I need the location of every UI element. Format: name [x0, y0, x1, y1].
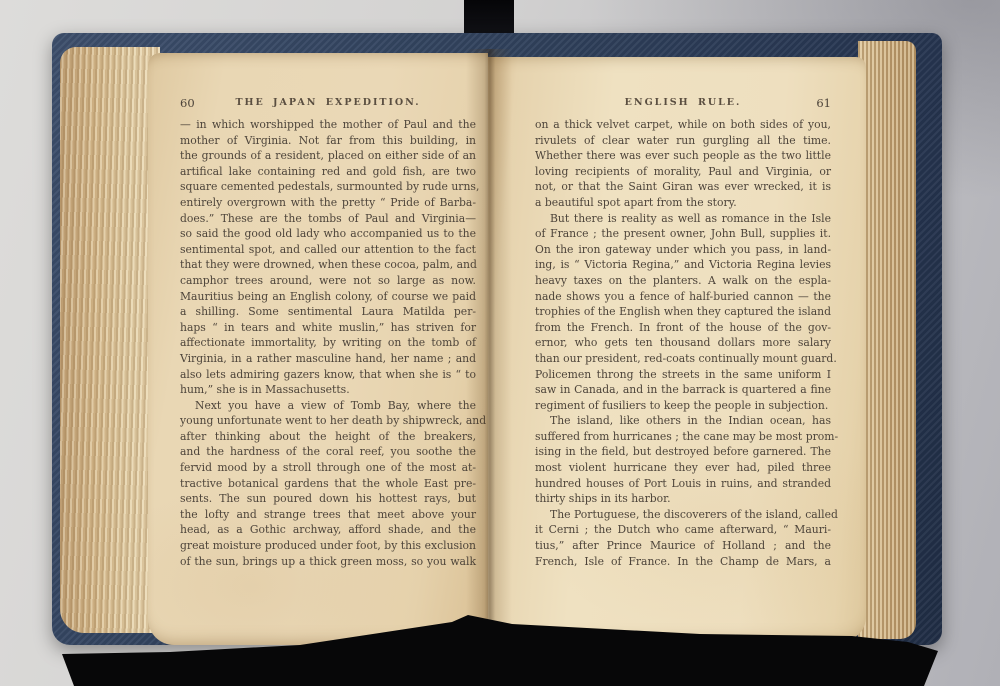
- text-line: saw in Canada, and in the barrack is qua…: [535, 382, 831, 398]
- text-line: on a thick velvet carpet, while on both …: [535, 117, 831, 133]
- text-line: nade shows you a fence of half-buried ca…: [535, 289, 831, 305]
- text-line: thirty ships in its harbor.: [535, 491, 831, 507]
- text-line: most violent hurricane they ever had, pi…: [535, 460, 831, 476]
- text-line: hum,” she is in Massachusetts.: [180, 382, 476, 398]
- text-line: a shilling. Some sentimental Laura Matil…: [180, 304, 476, 320]
- text-line: French, Isle of France. In the Champ de …: [535, 554, 831, 570]
- photo-background: 60 THE JAPAN EXPEDITION. — in which wors…: [0, 0, 1000, 686]
- left-page-text: — in which worshipped the mother of Paul…: [180, 117, 476, 569]
- left-page-header-row: 60 THE JAPAN EXPEDITION.: [180, 97, 476, 113]
- text-line: Whether there was ever such people as th…: [535, 148, 831, 164]
- book: 60 THE JAPAN EXPEDITION. — in which wors…: [52, 33, 942, 645]
- right-page: ENGLISH RULE. 61 on a thick velvet carpe…: [488, 57, 866, 641]
- text-line: But there is reality as well as romance …: [535, 211, 831, 227]
- right-page-header-row: ENGLISH RULE. 61: [535, 97, 831, 113]
- right-page-number: 61: [816, 96, 831, 110]
- text-line: Mauritius being an English colony, of co…: [180, 289, 476, 305]
- right-page-text: on a thick velvet carpet, while on both …: [535, 117, 831, 569]
- text-line: square cemented pedestals, surmounted by…: [180, 179, 476, 195]
- text-line: tius,” after Prince Maurice of Holland ;…: [535, 538, 831, 554]
- text-line: so said the good old lady who accompanie…: [180, 226, 476, 242]
- text-line: mother of Virginia. Not far from this bu…: [180, 133, 476, 149]
- text-line: hundred houses of Port Louis in ruins, a…: [535, 476, 831, 492]
- text-line: great moisture produced under foot, by t…: [180, 538, 476, 554]
- text-line: Next you have a view of Tomb Bay, where …: [180, 398, 476, 414]
- text-line: ernor, who gets ten thousand dollars mor…: [535, 335, 831, 351]
- text-line: On the iron gateway under which you pass…: [535, 242, 831, 258]
- text-line: young unfortunate went to her death by s…: [180, 413, 476, 429]
- text-line: entirely overgrown with the pretty “ Pri…: [180, 195, 476, 211]
- text-line: Policemen throng the streets in the same…: [535, 367, 831, 383]
- text-line: also lets admiring gazers know, that whe…: [180, 367, 476, 383]
- text-line: trophies of the English when they captur…: [535, 304, 831, 320]
- text-line: not, or that the Saint Giran was ever wr…: [535, 179, 831, 195]
- text-line: camphor trees around, were not so large …: [180, 273, 476, 289]
- text-line: ising in the field, but destroyed before…: [535, 444, 831, 460]
- text-line: of France ; the present owner, John Bull…: [535, 226, 831, 242]
- text-line: haps “ in tears and white muslin,” has s…: [180, 320, 476, 336]
- text-line: the grounds of a resident, placed on eit…: [180, 148, 476, 164]
- left-running-header: THE JAPAN EXPEDITION.: [180, 97, 476, 108]
- left-page: 60 THE JAPAN EXPEDITION. — in which wors…: [148, 53, 488, 645]
- text-line: than our president, red-coats continuall…: [535, 351, 831, 367]
- text-line: sentimental spot, and called our attenti…: [180, 242, 476, 258]
- text-line: rivulets of clear water run gurgling all…: [535, 133, 831, 149]
- right-running-header: ENGLISH RULE.: [535, 97, 831, 108]
- text-line: head, as a Gothic archway, afford shade,…: [180, 522, 476, 538]
- text-line: The Portuguese, the discoverers of the i…: [535, 507, 831, 523]
- text-line: — in which worshipped the mother of Paul…: [180, 117, 476, 133]
- text-line: fervid mood by a stroll through one of t…: [180, 460, 476, 476]
- text-line: loving recipients of morality, Paul and …: [535, 164, 831, 180]
- text-line: affectionate immortality, by writing on …: [180, 335, 476, 351]
- text-line: sents. The sun poured down his hottest r…: [180, 491, 476, 507]
- text-line: the lofty and strange trees that meet ab…: [180, 507, 476, 523]
- text-line: suffered from hurricanes ; the cane may …: [535, 429, 831, 445]
- text-line: a beautiful spot apart from the story.: [535, 195, 831, 211]
- text-line: and the hardness of the coral reef, you …: [180, 444, 476, 460]
- text-line: regiment of fusiliers to keep the people…: [535, 398, 831, 414]
- text-line: after thinking about the height of the b…: [180, 429, 476, 445]
- text-line: tractive botanical gardens that the whol…: [180, 476, 476, 492]
- page-edges-right: [858, 41, 916, 639]
- text-line: artifical lake containing red and gold f…: [180, 164, 476, 180]
- text-line: The island, like others in the Indian oc…: [535, 413, 831, 429]
- text-line: from the French. In front of the house o…: [535, 320, 831, 336]
- left-page-number: 60: [180, 96, 195, 110]
- text-line: heavy taxes on the planters. A walk on t…: [535, 273, 831, 289]
- text-line: that they were drowned, when these cocoa…: [180, 257, 476, 273]
- text-line: does.” These are the tombs of Paul and V…: [180, 211, 476, 227]
- text-line: of the sun, brings up a thick green moss…: [180, 554, 476, 570]
- text-line: it Cerni ; the Dutch who came afterward,…: [535, 522, 831, 538]
- text-line: Virginia, in a rather masculine hand, he…: [180, 351, 476, 367]
- page-edges-left: [60, 47, 160, 633]
- text-line: ing, is “ Victoria Regina,” and Victoria…: [535, 257, 831, 273]
